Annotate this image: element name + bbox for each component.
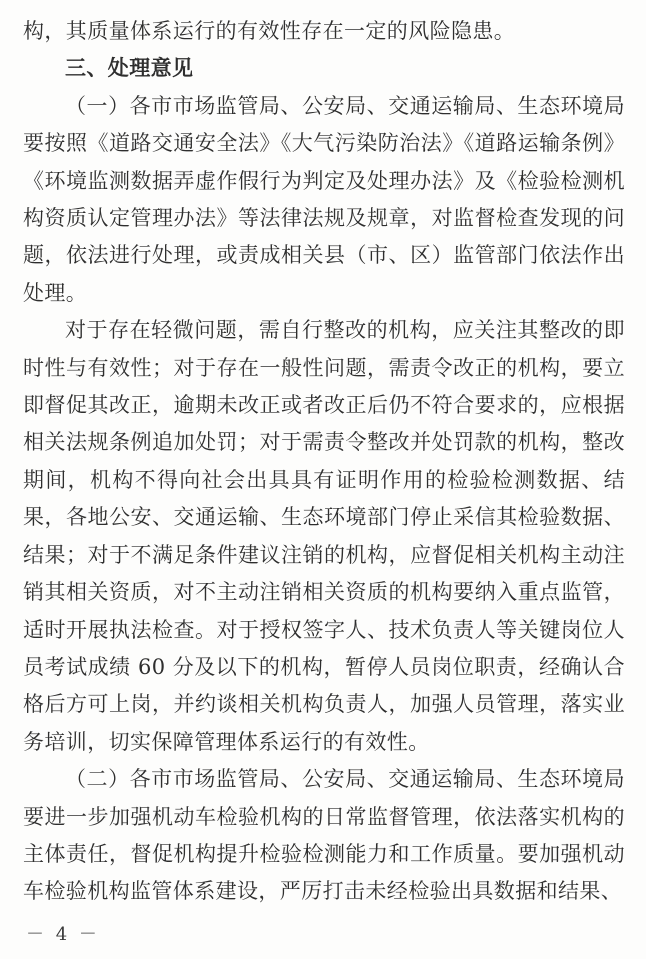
paragraph-item-1: （一）各市市场监管局、公安局、交通运输局、生态环境局要按照《道路交通安全法》《大… [23, 88, 625, 312]
section-heading: 三、处理意见 [23, 50, 625, 87]
paragraph-item-2: 对于存在轻微问题，需自行整改的机构，应关注其整改的即时性与有效性；对于存在一般性… [23, 312, 625, 761]
paragraph-continuation: 构，其质量体系运行的有效性存在一定的风险隐患。 [23, 13, 625, 50]
page-number: － 4 － [26, 923, 100, 947]
paragraph-item-3: （二）各市市场监管局、公安局、交通运输局、生态环境局要进一步加强机动车检验机构的… [23, 761, 625, 911]
document-body: 构，其质量体系运行的有效性存在一定的风险隐患。 三、处理意见 （一）各市市场监管… [23, 13, 625, 911]
document-page: 构，其质量体系运行的有效性存在一定的风险隐患。 三、处理意见 （一）各市市场监管… [0, 0, 646, 959]
